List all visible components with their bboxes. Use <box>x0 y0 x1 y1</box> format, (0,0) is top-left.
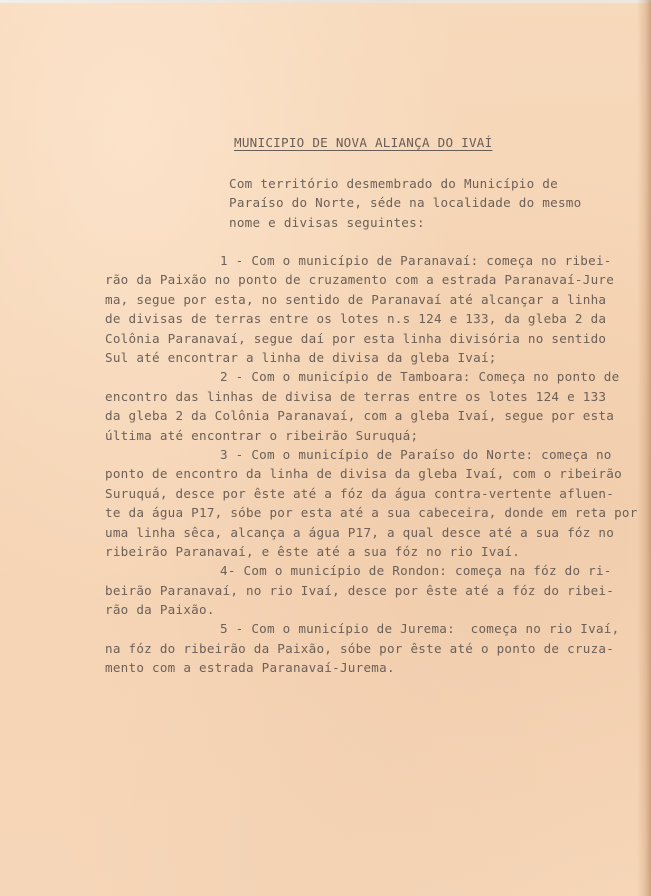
typewritten-document: MUNICIPIO DE NOVA ALIANÇA DO IVAÍ Com te… <box>0 0 651 896</box>
section-line: uma linha sêca, alcança a água P17, a qu… <box>105 525 614 541</box>
section-line: na fóz do ribeirão da Paixão, sóbe por ê… <box>105 641 614 657</box>
section-line: ribeirão Paranavaí, e êste até a sua fóz… <box>105 544 520 560</box>
intro-line: Paraíso do Norte, séde na localidade do … <box>229 195 581 211</box>
section-line: rão da Paixão no ponto de cruzamento com… <box>105 272 614 288</box>
document-title: MUNICIPIO DE NOVA ALIANÇA DO IVAÍ <box>234 135 492 151</box>
section-line: mento com a estrada Paranavaí-Jurema. <box>105 660 395 676</box>
section-line: de divisas de terras entre os lotes n.s … <box>105 311 606 327</box>
section-line: encontro das linhas de divisa de terras … <box>105 389 606 405</box>
section-line: 1 - Com o município de Paranavaí: começa… <box>220 253 612 269</box>
section-line: Sul até encontrar a linha de divisa da g… <box>105 350 497 366</box>
section-line: 5 - Com o município de Jurema: começa no… <box>220 621 619 637</box>
section-line: ma, segue por esta, no sentido de Parana… <box>105 292 606 308</box>
intro-line: nome e divisas seguintes: <box>229 215 425 231</box>
section-line: última até encontrar o ribeirão Suruquá; <box>105 428 418 444</box>
section-line: 3 - Com o município de Paraíso do Norte:… <box>220 447 612 463</box>
section-line: beirão Paranavaí, no rio Ivaí, desce por… <box>105 583 614 599</box>
section-line: da gleba 2 da Colônia Paranavaí, com a g… <box>105 408 614 424</box>
section-line: Colônia Paranavaí, segue daí por esta li… <box>105 331 606 347</box>
section-line: 2 - Com o município de Tamboara: Começa … <box>220 369 619 385</box>
intro-line: Com território desmembrado do Município … <box>229 176 558 192</box>
section-line: Suruquá, desce por êste até a fóz da águ… <box>105 486 614 502</box>
section-line: te da água P17, sóbe por esta até a sua … <box>105 505 638 521</box>
section-line: rão da Paixão. <box>105 602 215 618</box>
section-line: 4- Com o município de Rondon: começa na … <box>220 563 612 579</box>
section-line: ponto de encontro da linha de divisa da … <box>105 466 622 482</box>
